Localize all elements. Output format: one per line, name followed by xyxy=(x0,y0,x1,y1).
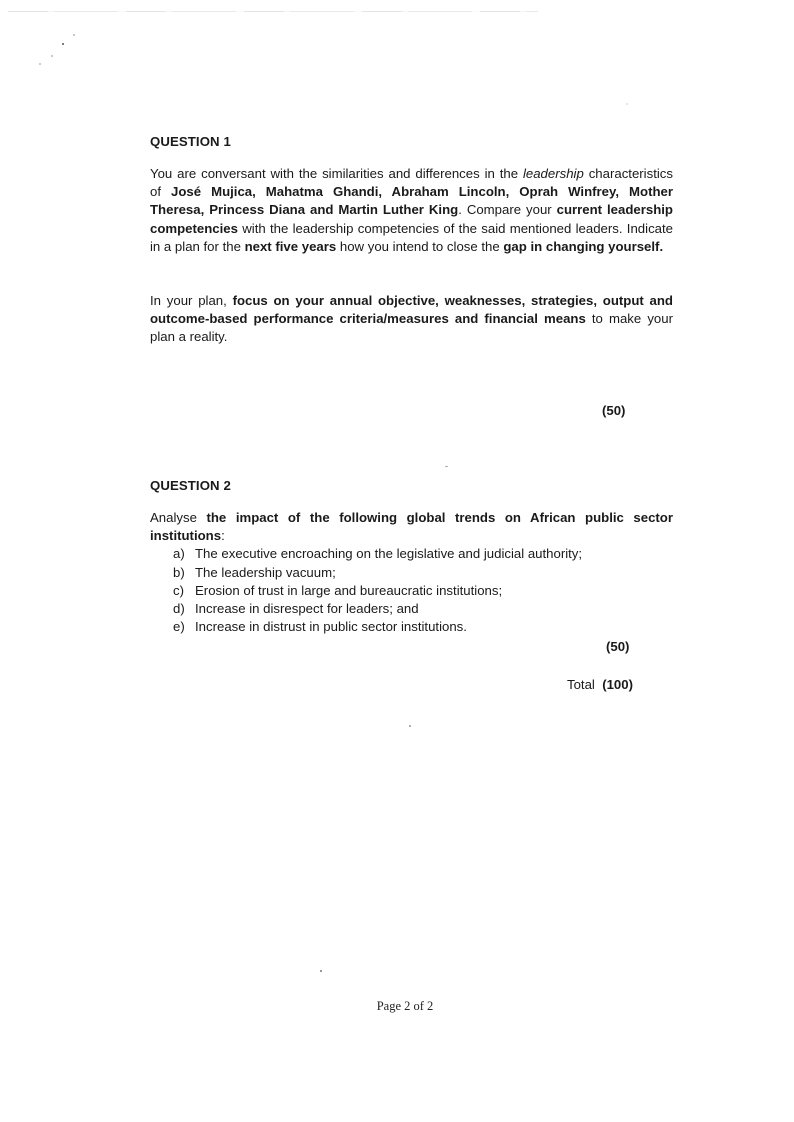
question-1-paragraph-2: In your plan, focus on your annual objec… xyxy=(150,292,673,347)
total-value: (100) xyxy=(602,677,633,692)
scan-speck xyxy=(409,725,411,727)
list-item: d)Increase in disrespect for leaders; an… xyxy=(173,600,673,618)
question-1-body: You are conversant with the similarities… xyxy=(150,165,673,256)
question-2-marks: (50) xyxy=(606,639,629,654)
global-trends-list: a)The executive encroaching on the legis… xyxy=(150,545,673,636)
total-label: Total xyxy=(567,677,595,692)
scan-speck xyxy=(51,55,53,57)
question-1-title: QUESTION 1 xyxy=(150,134,231,149)
list-item: c)Erosion of trust in large and bureaucr… xyxy=(173,582,673,600)
question-2-intro: Analyse the impact of the following glob… xyxy=(150,509,673,545)
question-2-title: QUESTION 2 xyxy=(150,478,231,493)
list-item: b)The leadership vacuum; xyxy=(173,564,673,582)
page-number: Page 2 of 2 xyxy=(0,999,794,1014)
question-2-body: Analyse the impact of the following glob… xyxy=(150,509,673,636)
list-item: a)The executive encroaching on the legis… xyxy=(173,545,673,563)
list-item: e)Increase in distrust in public sector … xyxy=(173,618,673,636)
question-1-paragraph-1: You are conversant with the similarities… xyxy=(150,165,673,256)
scan-artifact-line xyxy=(8,11,538,12)
scan-speck xyxy=(445,466,448,467)
total-marks: Total (100) xyxy=(567,677,633,692)
scan-speck xyxy=(320,970,322,972)
question-1-instructions: In your plan, focus on your annual objec… xyxy=(150,292,673,347)
scan-speck xyxy=(626,103,628,105)
scan-speck xyxy=(73,34,75,36)
scan-speck xyxy=(39,63,41,65)
scan-speck xyxy=(62,43,64,45)
question-1-marks: (50) xyxy=(602,403,625,418)
